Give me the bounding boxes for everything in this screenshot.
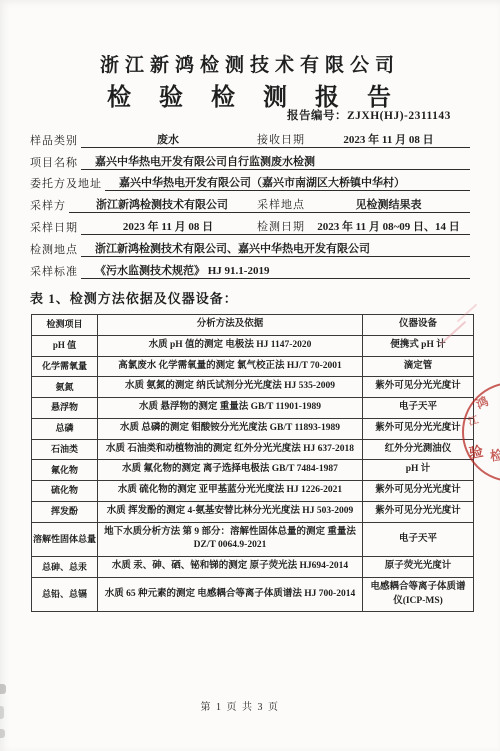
field-label: 接收日期	[255, 133, 307, 147]
instrument-cell: 便携式 pH 计	[363, 335, 474, 356]
field-value: 浙江新鸿检测技术有限公司	[69, 198, 255, 212]
item-cell: 石油类	[32, 439, 98, 460]
method-cell: 水质 氟化物的测定 离子选择电极法 GB/T 7484-1987	[98, 460, 363, 481]
methods-table-body: pH 值水质 pH 值的测定 电极法 HJ 1147-2020便携式 pH 计化…	[32, 335, 474, 612]
field-value: 嘉兴中华热电开发有限公司（嘉兴市南湖区大桥镇中华村）	[105, 176, 470, 190]
field-row: 委托方及地址嘉兴中华热电开发有限公司（嘉兴市南湖区大桥镇中华村）	[30, 170, 470, 192]
seal-character: 鸿	[473, 392, 491, 412]
instrument-cell: pH 计	[363, 460, 474, 481]
item-cell: 悬浮物	[32, 398, 98, 419]
instrument-cell: 紫外可见分光光度计	[363, 377, 474, 398]
field-value: 2023 年 11 月 08~09 日、14 日	[307, 220, 470, 234]
field-value: 见检测结果表	[307, 198, 470, 212]
fields-section: 样品类别废水接收日期2023 年 11 月 08 日项目名称嘉兴中华热电开发有限…	[30, 126, 470, 279]
instrument-cell: 电子天平	[363, 522, 474, 557]
field-label: 采样标准	[30, 265, 81, 279]
field-label: 项目名称	[30, 156, 81, 170]
table-row: 总磷水质 总磷的测定 钼酸铵分光光度法 GB/T 11893-1989紫外可见分…	[32, 418, 474, 439]
scan-edge-smudge	[0, 729, 5, 738]
instrument-cell: 紫外可见分光光度计	[363, 418, 474, 439]
table-header-item: 检测项目	[32, 315, 98, 336]
method-cell: 水质 pH 值的测定 电极法 HJ 1147-2020	[98, 335, 363, 356]
table-row: pH 值水质 pH 值的测定 电极法 HJ 1147-2020便携式 pH 计	[32, 335, 474, 356]
item-cell: 总铅、总镉	[32, 577, 98, 612]
field-underline: 浙江新鸿检测技术有限公司、嘉兴中华热电开发有限公司	[81, 242, 470, 257]
method-cell: 水质 汞、砷、硒、铋和锑的测定 原子荧光法 HJ694-2014	[98, 557, 363, 578]
field-value: 废水	[81, 133, 255, 147]
methods-table: 检测项目 分析方法及依据 仪器设备 pH 值水质 pH 值的测定 电极法 HJ …	[31, 314, 474, 612]
instrument-cell: 紫外可见分光光度计	[363, 501, 474, 522]
field-value: 2023 年 11 月 08 日	[81, 220, 255, 234]
report-number: 报告编号：ZJXH(HJ)-2311143	[287, 107, 451, 123]
instrument-cell: 电感耦合等离子体质谱仪(ICP-MS)	[363, 577, 474, 612]
method-cell: 高氯废水 化学需氧量的测定 氯气校正法 HJ/T 70-2001	[98, 356, 363, 377]
field-label: 委托方及地址	[30, 177, 105, 191]
table-header-row: 检测项目 分析方法及依据 仪器设备	[32, 315, 474, 336]
table-row: 溶解性固体总量地下水质分析方法 第 9 部分：溶解性固体总量的测定 重量法 DZ…	[32, 522, 474, 557]
item-cell: 化学需氧量	[32, 356, 98, 377]
field-row: 采样方浙江新鸿检测技术有限公司采样地点见检测结果表	[30, 191, 470, 213]
field-label: 采样地点	[255, 198, 307, 212]
scan-edge-smudge	[0, 684, 6, 694]
company-name: 浙江新鸿检测技术有限公司	[0, 50, 500, 77]
report-number-label: 报告编号：	[287, 110, 347, 122]
field-row: 检测地点浙江新鸿检测技术有限公司、嘉兴中华热电开发有限公司	[30, 235, 470, 257]
field-label: 检测日期	[255, 220, 307, 234]
field-row: 项目名称嘉兴中华热电开发有限公司自行监测废水检测	[30, 148, 470, 170]
scan-edge-smudge	[0, 706, 4, 719]
item-cell: 氨氮	[32, 377, 98, 398]
item-cell: 硫化物	[32, 481, 98, 502]
table-row: 硫化物水质 硫化物的测定 亚甲基蓝分光光度法 HJ 1226-2021紫外可见分…	[32, 481, 474, 502]
instrument-cell: 原子荧光光度计	[363, 557, 474, 578]
instrument-cell: 红外分光测油仪	[363, 439, 474, 460]
seal-character: 验	[467, 441, 484, 463]
instrument-cell: 紫外可见分光光度计	[363, 481, 474, 502]
field-label: 采样日期	[30, 221, 81, 235]
table-row: 总铅、总镉水质 65 种元素的测定 电感耦合等离子体质谱法 HJ 700-201…	[32, 577, 474, 612]
field-underline: 2023 年 11 月 08 日检测日期2023 年 11 月 08~09 日、…	[81, 220, 470, 235]
method-cell: 水质 石油类和动植物油的测定 红外分光光度法 HJ 637-2018	[98, 439, 363, 460]
field-value: 嘉兴中华热电开发有限公司自行监测废水检测	[81, 155, 470, 169]
table-row: 石油类水质 石油类和动植物油的测定 红外分光光度法 HJ 637-2018红外分…	[32, 439, 474, 460]
table-row: 悬浮物水质 悬浮物的测定 重量法 GB/T 11901-1989电子天平	[32, 398, 474, 419]
field-value: 2023 年 11 月 08 日	[307, 133, 470, 147]
field-underline: 浙江新鸿检测技术有限公司采样地点见检测结果表	[69, 198, 470, 213]
field-row: 采样标准《污水监测技术规范》 HJ 91.1-2019	[30, 257, 470, 279]
table-row: 氟化物水质 氟化物的测定 离子选择电极法 GB/T 7484-1987pH 计	[32, 460, 474, 481]
report-number-value: ZJXH(HJ)-2311143	[347, 110, 451, 122]
method-cell: 地下水质分析方法 第 9 部分：溶解性固体总量的测定 重量法 DZ/T 0064…	[98, 522, 363, 557]
seal-character: 检	[489, 444, 500, 464]
field-row: 采样日期2023 年 11 月 08 日检测日期2023 年 11 月 08~0…	[30, 213, 470, 235]
table-header-method: 分析方法及依据	[98, 315, 363, 336]
field-underline: 嘉兴中华热电开发有限公司自行监测废水检测	[81, 155, 470, 170]
field-underline: 《污水监测技术规范》 HJ 91.1-2019	[81, 264, 470, 279]
method-cell: 水质 悬浮物的测定 重量法 GB/T 11901-1989	[98, 398, 363, 419]
field-value: 浙江新鸿检测技术有限公司、嘉兴中华热电开发有限公司	[81, 242, 470, 256]
field-row: 样品类别废水接收日期2023 年 11 月 08 日	[30, 126, 470, 148]
item-cell: 挥发酚	[32, 501, 98, 522]
method-cell: 水质 65 种元素的测定 电感耦合等离子体质谱法 HJ 700-2014	[98, 577, 363, 612]
field-underline: 废水接收日期2023 年 11 月 08 日	[81, 133, 470, 148]
field-value: 《污水监测技术规范》 HJ 91.1-2019	[81, 264, 470, 278]
method-cell: 水质 硫化物的测定 亚甲基蓝分光光度法 HJ 1226-2021	[98, 481, 363, 502]
table-caption: 表 1、检测方法依据及仪器设备：	[30, 288, 238, 307]
item-cell: 溶解性固体总量	[32, 522, 98, 557]
item-cell: pH 值	[32, 335, 98, 356]
instrument-cell: 电子天平	[363, 398, 474, 419]
table-row: 氨氮水质 氨氮的测定 纳氏试剂分光光度法 HJ 535-2009紫外可见分光光度…	[32, 377, 474, 398]
field-label: 检测地点	[30, 243, 81, 257]
field-label: 样品类别	[30, 134, 81, 148]
page-footer: 第 1 页 共 3 页	[0, 698, 480, 713]
table-header-instrument: 仪器设备	[363, 315, 474, 336]
method-cell: 水质 总磷的测定 钼酸铵分光光度法 GB/T 11893-1989	[98, 418, 363, 439]
table-row: 总砷、总汞水质 汞、砷、硒、铋和锑的测定 原子荧光法 HJ694-2014原子荧…	[32, 557, 474, 578]
table-row: 化学需氧量高氯废水 化学需氧量的测定 氯气校正法 HJ/T 70-2001滴定管	[32, 356, 474, 377]
field-underline: 嘉兴中华热电开发有限公司（嘉兴市南湖区大桥镇中华村）	[105, 176, 470, 191]
method-cell: 水质 氨氮的测定 纳氏试剂分光光度法 HJ 535-2009	[98, 377, 363, 398]
field-label: 采样方	[30, 199, 69, 213]
item-cell: 总磷	[32, 418, 98, 439]
seal-character: 江	[466, 411, 480, 428]
report-page: 浙江新鸿检测技术有限公司 检 验 检 测 报 告 报告编号：ZJXH(HJ)-2…	[0, 0, 500, 751]
instrument-cell: 滴定管	[363, 356, 474, 377]
item-cell: 总砷、总汞	[32, 557, 98, 578]
method-cell: 水质 挥发酚的测定 4-氨基安替比林分光光度法 HJ 503-2009	[98, 501, 363, 522]
item-cell: 氟化物	[32, 460, 98, 481]
table-row: 挥发酚水质 挥发酚的测定 4-氨基安替比林分光光度法 HJ 503-2009紫外…	[32, 501, 474, 522]
